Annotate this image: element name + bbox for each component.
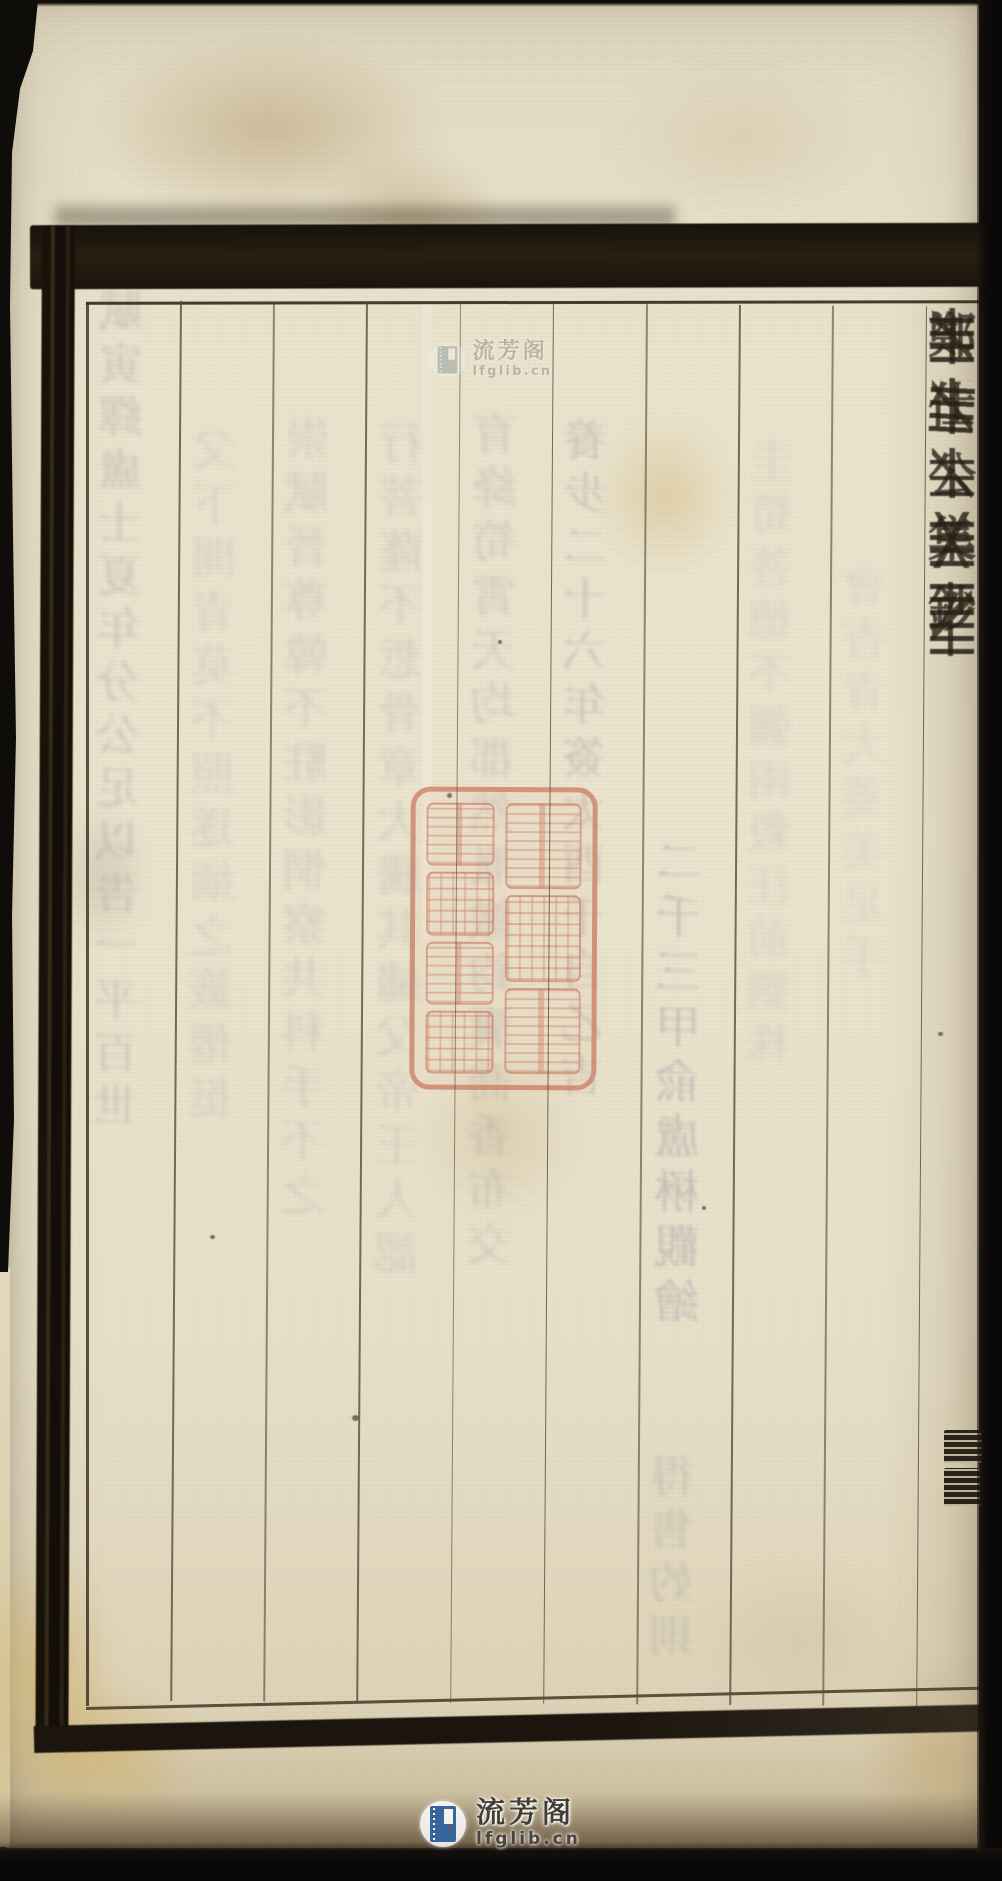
column-divider-line bbox=[357, 302, 368, 1702]
title-character: 鄭 bbox=[927, 306, 977, 366]
watermark-site-name: 流芳阁 bbox=[473, 340, 553, 362]
column-divider-line bbox=[729, 305, 740, 1705]
column-divider-line bbox=[543, 304, 554, 1704]
book-icon bbox=[438, 346, 458, 373]
margin-ink-block bbox=[944, 1468, 980, 1506]
title-character: 鈔 bbox=[927, 580, 977, 658]
column-divider-line bbox=[636, 304, 647, 1704]
title-character: 仕 bbox=[927, 376, 977, 436]
scan-edge-bottom bbox=[0, 1848, 1002, 1881]
watermark-bottom: 流芳阁 lfglib.cn bbox=[420, 1798, 581, 1849]
book-icon bbox=[430, 1806, 456, 1842]
watermark-badge bbox=[430, 342, 465, 377]
watermark-site-url: lfglib.cn bbox=[476, 1829, 581, 1849]
watermark-texts: 流芳阁 lfglib.cn bbox=[473, 340, 553, 379]
watermark-top: 流芳阁 lfglib.cn bbox=[430, 340, 552, 379]
watermark-site-name: 流芳阁 bbox=[476, 1798, 581, 1827]
column-divider-line bbox=[263, 302, 274, 1702]
scanned-book-page: { "document": { "kind": "scanned Chinese… bbox=[0, 0, 1002, 1881]
column-divider-line bbox=[450, 303, 461, 1703]
title-character: 集 bbox=[927, 510, 977, 570]
book-title-strip: 鄭 仕 公 集 鈔 bbox=[927, 306, 981, 658]
scan-edge-right bbox=[977, 0, 1002, 1881]
column-divider-line bbox=[916, 306, 927, 1706]
watermark-texts: 流芳阁 lfglib.cn bbox=[476, 1798, 581, 1849]
scan-edge-top bbox=[28, 0, 1002, 5]
watermark-site-url: lfglib.cn bbox=[473, 364, 553, 379]
column-grid bbox=[0, 0, 1002, 1881]
watermark-badge bbox=[420, 1801, 466, 1847]
column-divider-line bbox=[170, 301, 181, 1701]
column-divider-line bbox=[823, 306, 834, 1706]
title-character: 公 bbox=[927, 446, 977, 500]
